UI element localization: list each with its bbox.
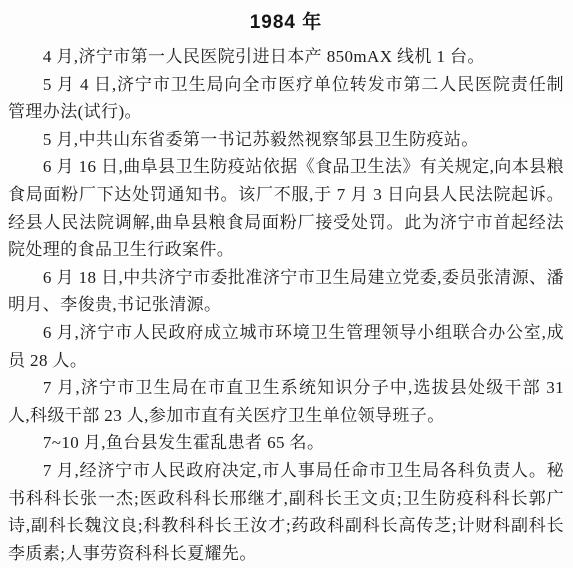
chronicle-entry: 6 月,济宁市人民政府成立城市环境卫生管理领导小组联合办公室,成员 28 人。	[8, 319, 564, 374]
chronicle-entry: 6 月 18 日,中共济宁市委批准济宁市卫生局建立党委,委员张清源、潘明月、李俊…	[8, 264, 564, 319]
chronicle-entry: 7~10 月,鱼台县发生霍乱患者 65 名。	[8, 429, 564, 457]
chronicle-entry: 5 月,中共山东省委第一书记苏毅然视察邹县卫生防疫站。	[8, 126, 564, 154]
book-page: 1984 年 4 月,济宁市第一人民医院引进日本产 850mAX 线机 1 台。…	[0, 0, 573, 568]
year-heading: 1984 年	[8, 12, 564, 34]
chronicle-entry: 7 月,济宁市卫生局在市直卫生系统知识分子中,选拔县处级干部 31 人,科级干部…	[8, 374, 564, 429]
chronicle-entry: 5 月 4 日,济宁市卫生局向全市医疗单位转发市第二人民医院责任制管理办法(试行…	[8, 71, 564, 126]
chronicle-entry: 4 月,济宁市第一人民医院引进日本产 850mAX 线机 1 台。	[8, 43, 564, 71]
chronicle-entries: 4 月,济宁市第一人民医院引进日本产 850mAX 线机 1 台。 5 月 4 …	[8, 43, 564, 567]
chronicle-entry: 6 月 16 日,曲阜县卫生防疫站依据《食品卫生法》有关规定,向本县粮食局面粉厂…	[8, 153, 564, 263]
chronicle-entry: 7 月,经济宁市人民政府决定,市人事局任命市卫生局各科负责人。秘书科科长张一杰;…	[8, 457, 564, 567]
